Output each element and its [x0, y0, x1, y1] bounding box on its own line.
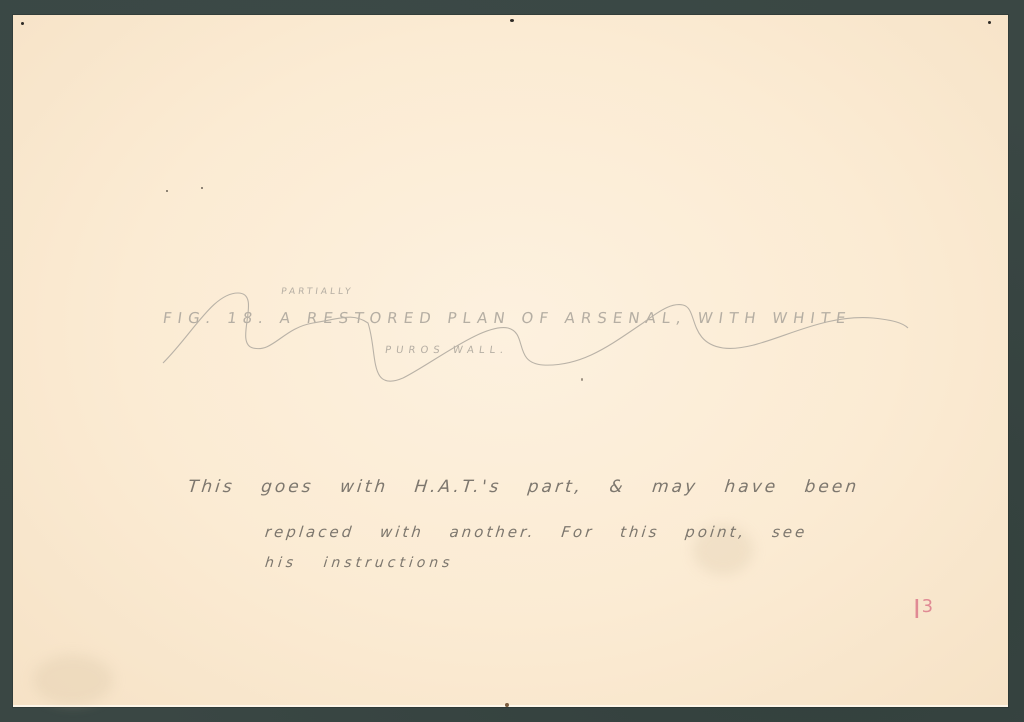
- page-mark: I3: [913, 595, 933, 625]
- caption-line-1: FIG. 18. A RESTORED PLAN OF ARSENAL, WIT…: [162, 309, 853, 327]
- paper-speck: [988, 21, 991, 24]
- paper-speck: [201, 187, 203, 189]
- caption-insertion: PARTIALLY: [280, 287, 354, 297]
- paper-speck: [505, 703, 509, 707]
- paper-speck: [581, 378, 583, 381]
- paper-speck: [510, 19, 514, 22]
- page-mark-number: 3: [922, 596, 933, 617]
- note-line-2: replaced with another. For this point, s…: [264, 523, 808, 541]
- caption-line-2: PUROS WALL.: [384, 345, 509, 356]
- note-line-3: his instructions: [264, 555, 454, 571]
- paper-stain: [33, 655, 113, 705]
- note-line-1: This goes with H.A.T.'s part, & may have…: [187, 477, 860, 497]
- wavy-strikethrough: [153, 283, 913, 403]
- paper-speck: [21, 22, 24, 25]
- paper-edge: [13, 705, 1008, 707]
- paper-speck: [166, 190, 168, 192]
- page-mark-roman: I: [913, 595, 921, 625]
- paper-sheet: PARTIALLY FIG. 18. A RESTORED PLAN OF AR…: [13, 15, 1008, 707]
